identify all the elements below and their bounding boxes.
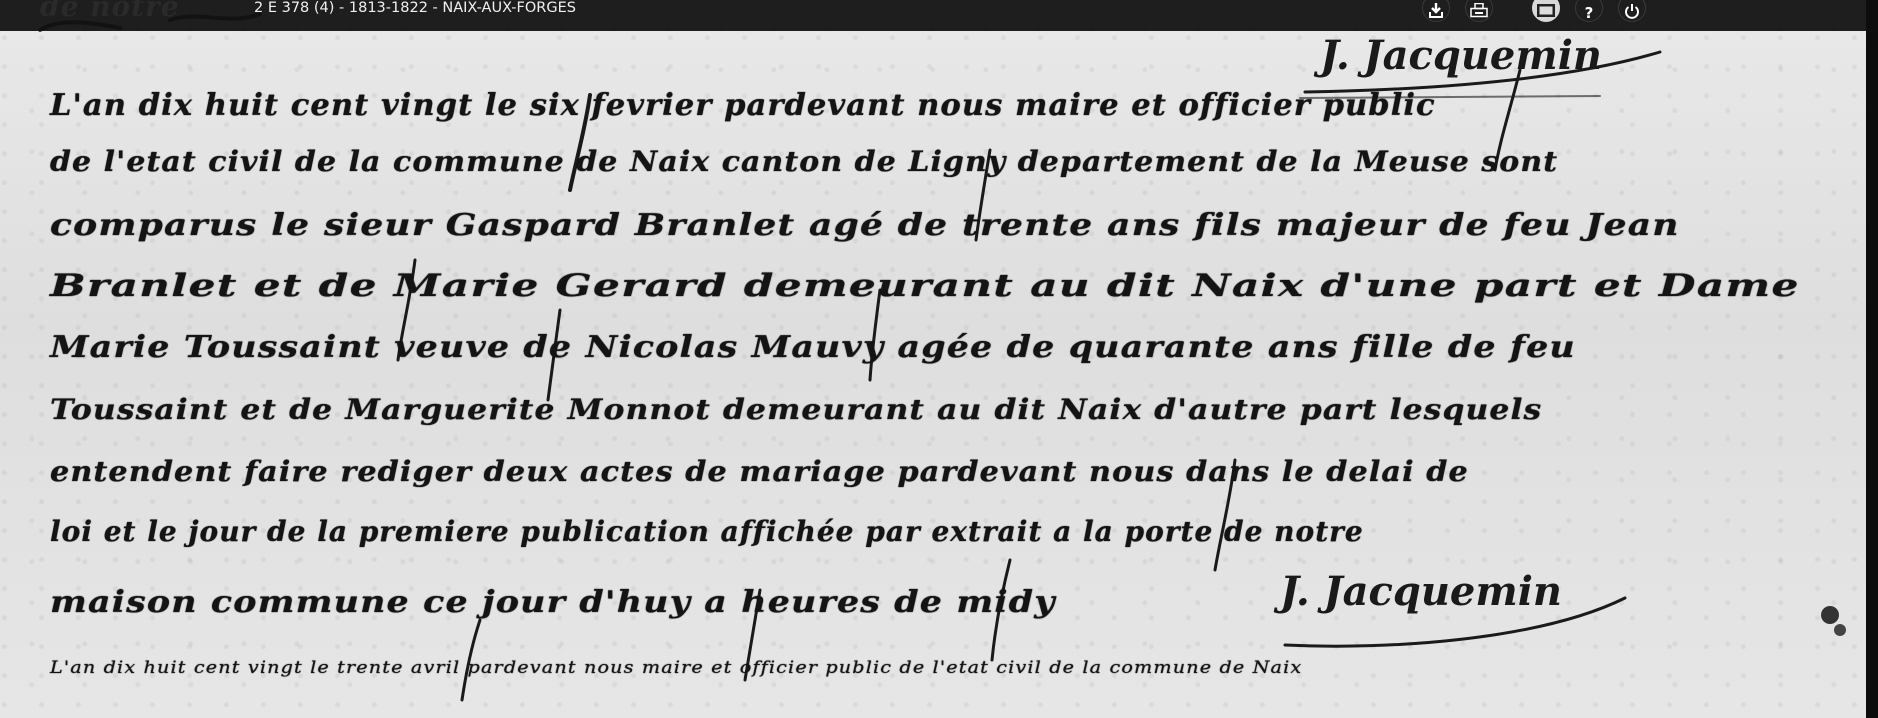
handwriting-line: entendent faire rediger deux actes de ma… [50, 455, 1469, 488]
handwriting-line: L'an dix huit cent vingt le trente avril… [50, 658, 1302, 678]
handwriting-line: loi et le jour de la premiere publicatio… [50, 515, 1364, 548]
signature: J. Jacquemin [1320, 32, 1602, 79]
document-title: 2 E 378 (4) - 1813-1822 - NAIX-AUX-FORGE… [254, 0, 576, 17]
download-icon [1428, 3, 1444, 19]
partial-handwriting-under-bar: de notre [40, 0, 180, 23]
viewer-toolbar: de notre 2 E 378 (4) - 1813-1822 - NAIX-… [0, 0, 1878, 31]
scan-edge [1866, 0, 1878, 718]
handwriting-line: Toussaint et de Marguerite Monnot demeur… [50, 393, 1542, 426]
download-button[interactable] [1422, 0, 1450, 22]
print-button[interactable] [1465, 0, 1493, 22]
document-viewer[interactable]: L'an dix huit cent vingt le six fevrier … [0, 0, 1878, 718]
logout-button[interactable] [1618, 0, 1646, 22]
screen-button[interactable] [1532, 0, 1560, 22]
power-icon [1624, 3, 1640, 19]
handwriting-line: L'an dix huit cent vingt le six fevrier … [50, 88, 1436, 123]
help-button[interactable]: ? [1575, 0, 1603, 22]
handwriting-line: Marie Toussaint veuve de Nicolas Mauvy a… [50, 330, 1576, 365]
handwriting-line: Branlet et de Marie Gerard demeurant au … [50, 268, 1800, 304]
help-icon: ? [1585, 4, 1594, 22]
signature: J. Jacquemin [1280, 568, 1562, 615]
handwriting-line: de l'etat civil de la commune de Naix ca… [50, 145, 1558, 178]
handwriting-line: comparus le sieur Gaspard Branlet agé de… [50, 208, 1680, 243]
print-icon [1470, 3, 1488, 19]
screen-icon [1537, 4, 1555, 18]
handwriting-line: maison commune ce jour d'huy a heures de… [50, 585, 1056, 620]
